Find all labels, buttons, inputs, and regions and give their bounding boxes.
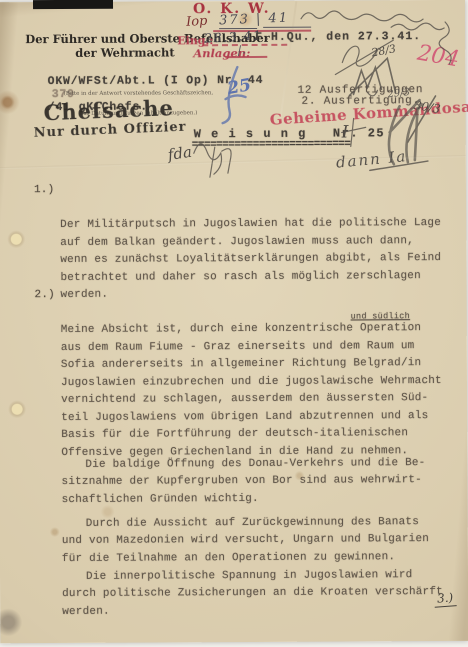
paragraph-5: Die innerpolitische Spannung in Jugoslaw… bbox=[62, 549, 460, 639]
top-right-note-scrawl-2 bbox=[391, 23, 444, 30]
registry-underline-2 bbox=[263, 27, 311, 28]
red-page-number: 204 bbox=[415, 41, 461, 73]
sender-line2: der Wehrmacht bbox=[75, 45, 175, 60]
pencil-fda-mark: fda bbox=[167, 143, 193, 164]
pencil-routing-note: dann Ia bbox=[335, 147, 408, 172]
registry-number-handwriting: 373 | 41 bbox=[219, 11, 290, 29]
black-corner-mark bbox=[33, 0, 113, 9]
paragraph-5-text: Die innerpolitische Spannung in Jugoslaw… bbox=[62, 566, 460, 621]
paragraph-2-number: 2.) bbox=[34, 287, 54, 305]
registry-prefix-handwriting: Iop bbox=[186, 14, 208, 30]
paper-sheet: O. K. W. Iop 373 | 41 Der Führer und Obe… bbox=[0, 0, 468, 643]
directive-title-underline: ========================== bbox=[192, 138, 351, 151]
top-right-note-scrawl bbox=[301, 11, 423, 23]
document-photo: O. K. W. Iop 373 | 41 Der Führer und Obe… bbox=[0, 0, 468, 647]
typed-insertion: und südlich bbox=[351, 311, 410, 321]
pencil-date-28-3: 28/3 bbox=[370, 42, 397, 59]
place-date: F.H.Qu., den 27.3.41. bbox=[255, 30, 421, 44]
enclosures-red-line bbox=[225, 56, 267, 58]
blue-pencil-number: 25 bbox=[226, 75, 253, 99]
catchword-next-page: 3.) bbox=[434, 590, 457, 608]
paragraph-1-number: 1.) bbox=[34, 182, 54, 200]
pencil-i-mark: I bbox=[342, 122, 349, 142]
